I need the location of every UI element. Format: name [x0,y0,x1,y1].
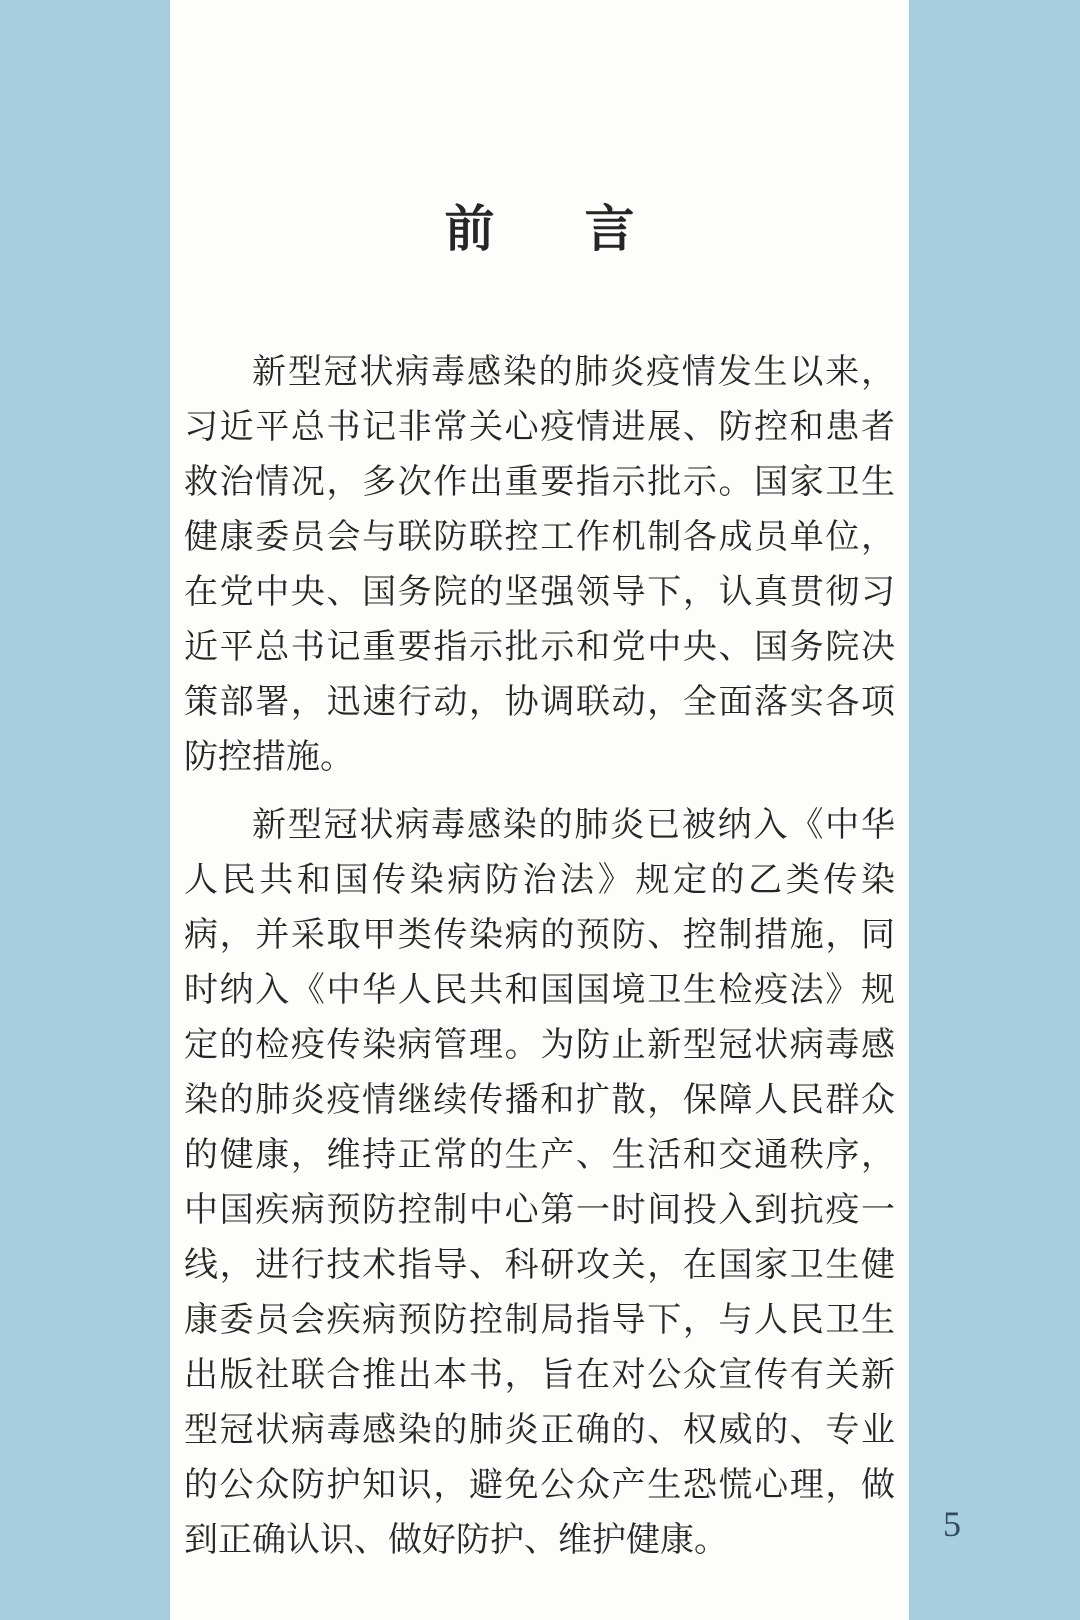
preface-body: 新型冠状病毒感染的肺炎疫情发生以来，习近平总书记非常关心疫情进展、防控和患者救治… [184,345,895,1568]
page-content: 前 言 新型冠状病毒感染的肺炎疫情发生以来，习近平总书记非常关心疫情进展、防控和… [170,0,909,1620]
left-margin-panel [0,0,170,1620]
right-margin-panel: 5 [909,0,1080,1620]
preface-paragraph-2: 新型冠状病毒感染的肺炎已被纳入《中华人民共和国传染病防治法》规定的乙类传染病，并… [184,798,895,1568]
page-title-char-2: 言 [585,198,635,260]
page-number: 5 [943,1502,961,1546]
book-page: 前 言 新型冠状病毒感染的肺炎疫情发生以来，习近平总书记非常关心疫情进展、防控和… [0,0,1080,1620]
page-title: 前 言 [184,198,895,260]
page-title-char-1: 前 [445,198,495,260]
preface-paragraph-1: 新型冠状病毒感染的肺炎疫情发生以来，习近平总书记非常关心疫情进展、防控和患者救治… [184,345,895,785]
